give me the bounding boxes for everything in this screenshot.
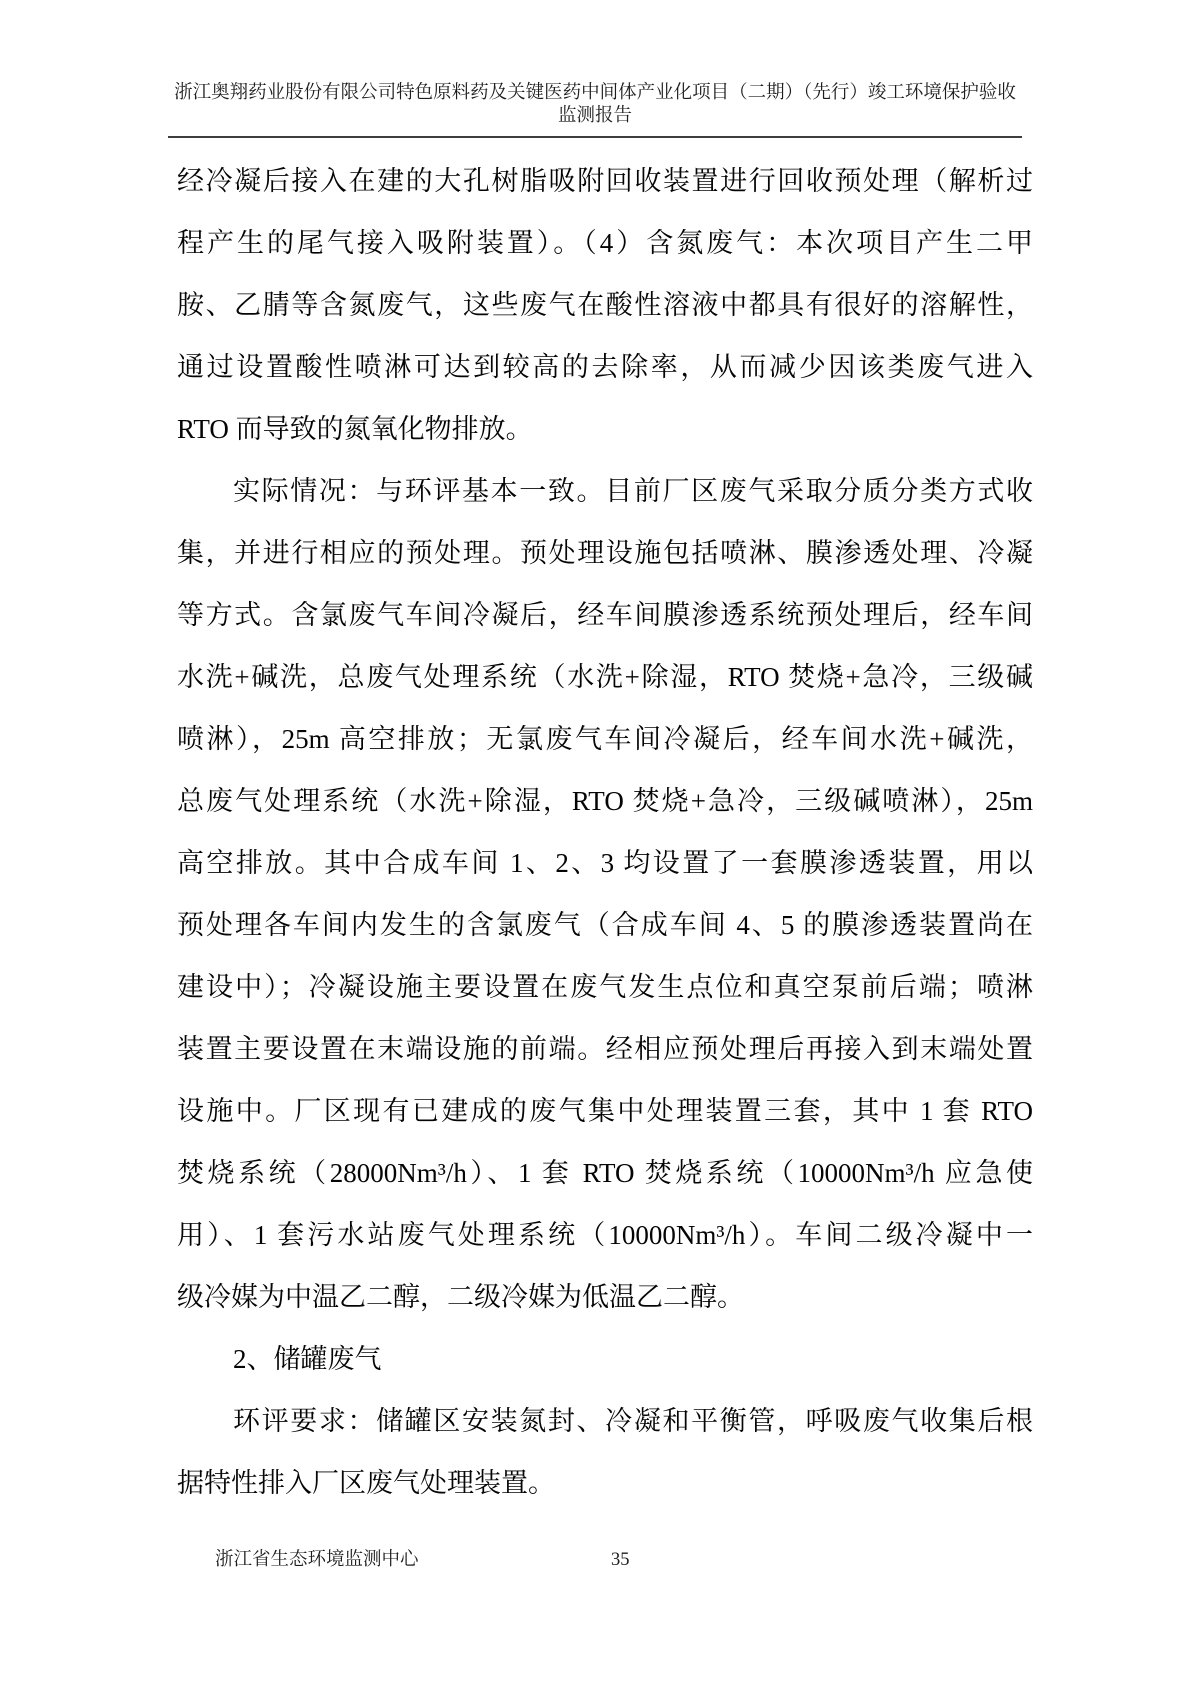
- body-line: 2、储罐废气: [177, 1328, 1033, 1390]
- body-line: RTO 而导致的氮氧化物排放。: [177, 398, 1033, 460]
- body-line: 建设中）；冷凝设施主要设置在废气发生点位和真空泵前后端；喷淋: [177, 956, 1033, 1018]
- footer-organization: 浙江省生态环境监测中心: [215, 1548, 419, 1572]
- body-line: 总废气处理系统（水洗+除湿，RTO 焚烧+急冷，三级碱喷淋），25m: [177, 770, 1033, 832]
- header-rule: [168, 136, 1022, 138]
- document-page: 浙江奥翔药业股份有限公司特色原料药及关键医药中间体产业化项目（二期）（先行）竣工…: [0, 0, 1190, 1683]
- body-line: 经冷凝后接入在建的大孔树脂吸附回收装置进行回收预处理（解析过: [177, 150, 1033, 212]
- body-line: 程产生的尾气接入吸附装置）。（4）含氮废气：本次项目产生二甲: [177, 212, 1033, 274]
- body-line: 胺、乙腈等含氮废气，这些废气在酸性溶液中都具有很好的溶解性，: [177, 274, 1033, 336]
- body-line: 设施中。厂区现有已建成的废气集中处理装置三套，其中 1 套 RTO: [177, 1080, 1033, 1142]
- body-line: 据特性排入厂区废气处理装置。: [177, 1452, 1033, 1514]
- body-line: 焚烧系统（28000Nm³/h）、1 套 RTO 焚烧系统（10000Nm³/h…: [177, 1142, 1033, 1204]
- header-title-line1: 浙江奥翔药业股份有限公司特色原料药及关键医药中间体产业化项目（二期）（先行）竣工…: [168, 82, 1022, 105]
- body-line: 水洗+碱洗，总废气处理系统（水洗+除湿，RTO 焚烧+急冷，三级碱: [177, 646, 1033, 708]
- body-line: 装置主要设置在末端设施的前端。经相应预处理后再接入到末端处置: [177, 1018, 1033, 1080]
- body-line: 喷淋），25m 高空排放；无氯废气车间冷凝后，经车间水洗+碱洗，: [177, 708, 1033, 770]
- body-line: 实际情况：与环评基本一致。目前厂区废气采取分质分类方式收: [177, 460, 1033, 522]
- body-line: 用）、1 套污水站废气处理系统（10000Nm³/h）。车间二级冷凝中一: [177, 1204, 1033, 1266]
- body-line: 级冷媒为中温乙二醇，二级冷媒为低温乙二醇。: [177, 1266, 1033, 1328]
- header-title-line2: 监测报告: [168, 105, 1022, 128]
- body-line: 高空排放。其中合成车间 1、2、3 均设置了一套膜渗透装置，用以: [177, 832, 1033, 894]
- page-number: 35: [611, 1548, 630, 1572]
- body-text: 经冷凝后接入在建的大孔树脂吸附回收装置进行回收预处理（解析过程产生的尾气接入吸附…: [177, 150, 1033, 1514]
- page-header: 浙江奥翔药业股份有限公司特色原料药及关键医药中间体产业化项目（二期）（先行）竣工…: [168, 82, 1022, 128]
- body-line: 集，并进行相应的预处理。预处理设施包括喷淋、膜渗透处理、冷凝: [177, 522, 1033, 584]
- body-line: 预处理各车间内发生的含氯废气（合成车间 4、5 的膜渗透装置尚在: [177, 894, 1033, 956]
- body-line: 等方式。含氯废气车间冷凝后，经车间膜渗透系统预处理后，经车间: [177, 584, 1033, 646]
- body-line: 环评要求：储罐区安装氮封、冷凝和平衡管，呼吸废气收集后根: [177, 1390, 1033, 1452]
- body-line: 通过设置酸性喷淋可达到较高的去除率，从而减少因该类废气进入: [177, 336, 1033, 398]
